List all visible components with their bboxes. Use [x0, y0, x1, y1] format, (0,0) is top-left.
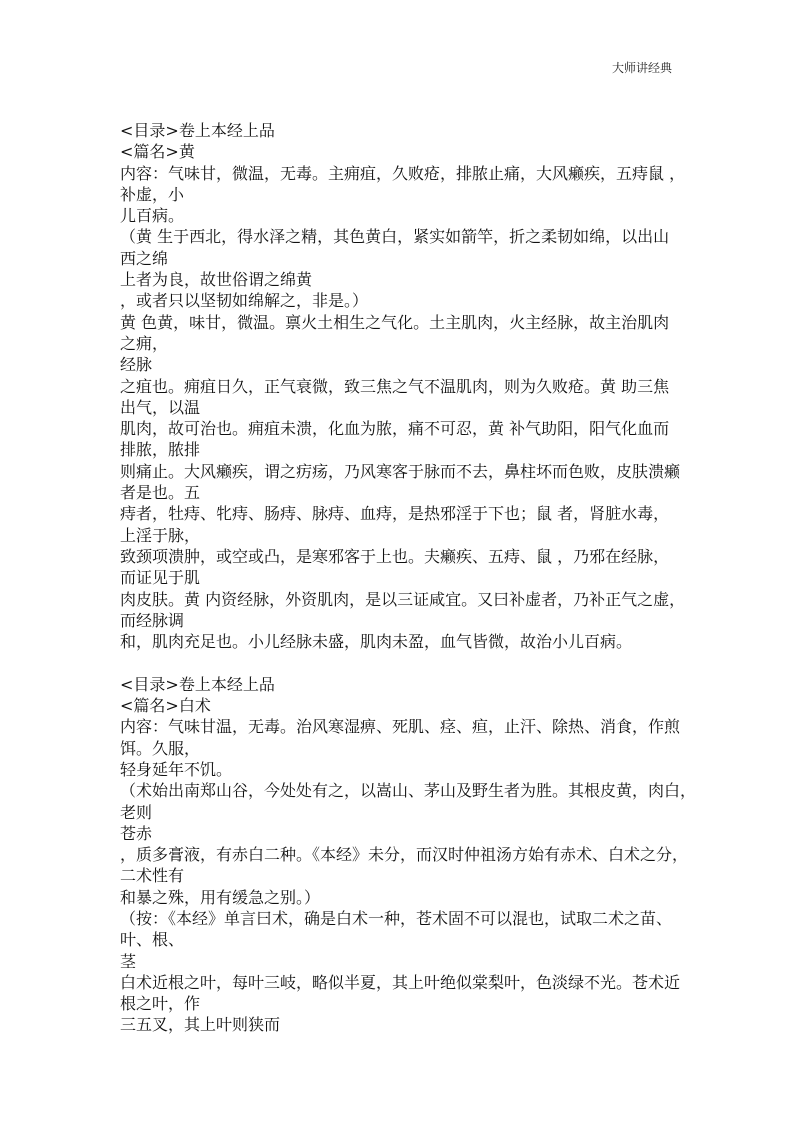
- text-line: 二术性有: [120, 865, 680, 886]
- text-line: 西之绵: [120, 248, 680, 269]
- section-baizhu: <目录>卷上本经上品 <篇名>白术 内容：气味甘温，无毒。治风寒湿痹、死肌、痉、…: [120, 674, 680, 1036]
- text-line: 上者为良，故世俗谓之绵黄: [120, 269, 680, 290]
- text-line: 上淫于脉，: [120, 525, 680, 546]
- text-line: 补虚，小: [120, 184, 680, 205]
- section-huangqi: <目录>卷上本经上品 <篇名>黄 内容：气味甘，微温，无毒。主痈疽，久败疮，排脓…: [120, 120, 680, 652]
- text-line: 和，肌肉充足也。小儿经脉未盛，肌肉未盈，血气皆微，故治小儿百病。: [120, 631, 680, 652]
- text-line: ，或者只以坚韧如绵解之，非是。）: [120, 290, 680, 311]
- text-line: 饵。久服，: [120, 738, 680, 759]
- text-line: 痔者，牡痔、牝痔、肠痔、脉痔、血痔，是热邪淫于下也；鼠 者，肾脏水毒，: [120, 503, 680, 524]
- text-line: 苍赤: [120, 823, 680, 844]
- text-line: 则痛止。大风癞疾，谓之疠疡，乃风寒客于脉而不去，鼻柱坏而色败，皮肤溃癞: [120, 461, 680, 482]
- text-line: 出气，以温: [120, 397, 680, 418]
- text-line: 内容：气味甘，微温，无毒。主痈疽，久败疮，排脓止痛，大风癞疾，五痔鼠 ，: [120, 163, 680, 184]
- text-line: 而证见于肌: [120, 567, 680, 588]
- text-line: （术始出南郑山谷，今处处有之，以嵩山、茅山及野生者为胜。其根皮黄，肉白，: [120, 780, 680, 801]
- text-line: 轻身延年不饥。: [120, 759, 680, 780]
- text-line: <篇名>白术: [120, 695, 680, 716]
- document-body: <目录>卷上本经上品 <篇名>黄 内容：气味甘，微温，无毒。主痈疽，久败疮，排脓…: [120, 120, 680, 1036]
- text-line: 排脓，脓排: [120, 439, 680, 460]
- text-line: 经脉: [120, 354, 680, 375]
- text-line: 和暴之殊，用有缓急之别。）: [120, 887, 680, 908]
- text-line: 黄 色黄，味甘，微温。禀火土相生之气化。土主肌肉，火主经脉，故主治肌肉: [120, 312, 680, 333]
- text-line: 之疽也。痈疽日久，正气衰微，致三焦之气不温肌肉，则为久败疮。黄 助三焦: [120, 376, 680, 397]
- text-line: 肌肉，故可治也。痈疽未溃，化血为脓，痛不可忍，黄 补气助阳，阳气化血而: [120, 418, 680, 439]
- text-line: 叶、根、: [120, 929, 680, 950]
- text-line: <目录>卷上本经上品: [120, 120, 680, 141]
- text-line: <目录>卷上本经上品: [120, 674, 680, 695]
- text-line: 致颈项溃肿，或空或凸，是寒邪客于上也。夫癞疾、五痔、鼠 ，乃邪在经脉，: [120, 546, 680, 567]
- text-line: 儿百病。: [120, 205, 680, 226]
- text-line: 者是也。五: [120, 482, 680, 503]
- text-line: 白术近根之叶，每叶三岐，略似半夏，其上叶绝似棠梨叶，色淡绿不光。苍术近: [120, 972, 680, 993]
- text-line: 三五叉，其上叶则狭而: [120, 1014, 680, 1035]
- text-line: 之痈，: [120, 333, 680, 354]
- text-line: <篇名>黄: [120, 141, 680, 162]
- page-header-title: 大师讲经典: [612, 59, 672, 76]
- text-line: 内容：气味甘温，无毒。治风寒湿痹、死肌、痉、疸，止汗、除热、消食，作煎: [120, 716, 680, 737]
- text-line: （黄 生于西北，得水泽之精，其色黄白，紧实如箭竿，折之柔韧如绵，以出山: [120, 226, 680, 247]
- text-line: ，质多膏液，有赤白二种。《本经》未分，而汉时仲祖汤方始有赤术、白术之分，: [120, 844, 680, 865]
- text-line: （按：《本经》单言曰术，确是白术一种，苍术固不可以混也，试取二术之苗、: [120, 908, 680, 929]
- text-line: 而经脉调: [120, 610, 680, 631]
- text-line: 根之叶，作: [120, 993, 680, 1014]
- text-line: 茎: [120, 951, 680, 972]
- text-line: 老则: [120, 802, 680, 823]
- text-line: 肉皮肤。黄 内资经脉，外资肌肉，是以三证咸宜。又曰补虚者，乃补正气之虚，: [120, 589, 680, 610]
- section-spacer: [120, 652, 680, 673]
